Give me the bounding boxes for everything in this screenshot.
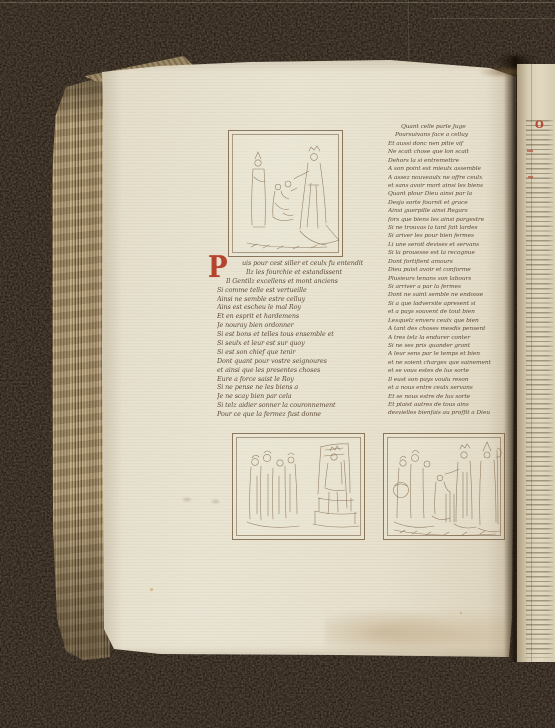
text-line: Si telz aidier sonner la couronnement <box>217 401 367 410</box>
text-line: Li une seroit devises et servans <box>388 241 494 249</box>
water-stain <box>325 598 515 660</box>
right-text-column: Quant celle parle JugePoursuivans face a… <box>388 123 494 420</box>
text-line: A leur sens par le temps et bien <box>388 350 494 358</box>
text-line: et a nous entre ceulx servans <box>388 384 494 392</box>
text-line: A son point est mieulx assemble <box>388 165 494 173</box>
text-line: Si ne ses pris quander grant <box>388 342 494 350</box>
rubric-mark <box>528 176 533 178</box>
text-line: Si comme telle est vertueille <box>217 286 367 295</box>
scanner-line-vertical <box>408 0 409 60</box>
text-line: Desja sorte fournit et grace <box>388 199 494 207</box>
text-line: Pour ce que la fermez fust donne <box>217 410 367 419</box>
fore-edge-leaf-stack <box>52 72 110 660</box>
leaf-stack-shading <box>52 72 110 660</box>
text-line: et ainsi que les presentes choses <box>217 366 367 375</box>
text-line: desvielles bienfais au proffit a Dieu <box>388 409 494 417</box>
text-line: Ne scait chose que lon scait <box>388 148 494 156</box>
left-text-column: uis pour cest siller et ceulx fu entendi… <box>217 259 367 421</box>
text-line: Je ne scay bien par cela <box>217 392 367 401</box>
text-line: Eure a force saist le Roy <box>217 375 367 384</box>
miniature-top-sketch <box>233 135 340 254</box>
text-line: Si est son chief que tenir <box>217 348 367 357</box>
text-line: Et en esprit et hardemens <box>217 312 367 321</box>
text-line: Si ariver les pour bien fermes <box>388 232 494 240</box>
text-line: Lesquelz envers ceulx que bien <box>388 317 494 325</box>
text-line: Si seulx et leur est sur quoy <box>217 339 367 348</box>
text-line: et sans avoir mort ainsi les biens <box>388 182 494 190</box>
facing-page-sliver: O <box>517 64 555 662</box>
text-line: Si ne trouvas la tant fait lardes <box>388 224 494 232</box>
text-line: Dont quant pour vostre seignoures <box>217 357 367 366</box>
text-line: Dont ne saint semble ne endosse <box>388 291 494 299</box>
rubric-mark <box>527 150 533 152</box>
scanner-line-top <box>0 2 555 3</box>
text-line: A tres telz la endurer conter <box>388 334 494 342</box>
text-line: Dieu puist avoir et conforme <box>388 266 494 274</box>
text-line: Si a que ladversite apresent si <box>388 300 494 308</box>
text-line: Dont fortifient amours <box>388 258 494 266</box>
text-line: Ains est escheu le mal Roy <box>217 303 367 312</box>
text-line: A tant des choses mesdis pensent <box>388 325 494 333</box>
text-line: Ainsi guerpille ainsi Regars <box>388 207 494 215</box>
text-line: Si est bons et telles tous ensemble et <box>217 330 367 339</box>
text-line: et se vous estes de lus sorte <box>388 367 494 375</box>
parchment-speck <box>460 612 462 614</box>
text-line: uis pour cest siller et ceulx fu entendi… <box>242 259 367 268</box>
text-line: et a pays souvent de tout bien <box>388 308 494 316</box>
miniature-bottom-right <box>383 433 505 540</box>
miniature-bottom-right-sketch <box>388 438 502 537</box>
text-line: fors que biens les ainsi pargestre <box>388 216 494 224</box>
verso-page: P uis pour cest siller et ceulx fu enten… <box>100 58 516 662</box>
text-line: Poursuivans face a celluy <box>395 131 494 139</box>
text-line: Quant plour Dieu ainsi par la <box>388 190 494 198</box>
text-line: Dehors la si entremettre <box>388 157 494 165</box>
margin-smudge <box>212 500 219 503</box>
text-line: Il Gentilz excellens et mont anciens <box>226 277 367 286</box>
text-line: et ne soient charges que sainement <box>388 359 494 367</box>
text-line: Si la prouesse est la recognue <box>388 249 494 257</box>
text-line: Je nouray bien ordonner <box>217 321 367 330</box>
text-line: Ainsi ne semble estre celluy <box>217 295 367 304</box>
text-line: Et plaist autres de tous ains <box>388 401 494 409</box>
text-line: Et se nous estre de lus sorte <box>388 393 494 401</box>
initial-o: O <box>535 121 544 131</box>
text-line: Plusieurs tenans son labours <box>388 275 494 283</box>
scanner-line-right <box>430 18 555 19</box>
text-line: Si arriver a par la fermes <box>388 283 494 291</box>
text-line: Si ne pense ne les biens a <box>217 383 367 392</box>
text-line: Et aussi donc nen pitie vif <box>388 140 494 148</box>
miniature-bottom-left-sketch <box>237 438 362 537</box>
miniature-bottom-left <box>232 433 365 540</box>
miniature-top <box>228 130 343 257</box>
margin-smudge <box>183 498 191 501</box>
text-line: A assez nouveaulx ne offre ceulx <box>388 174 494 182</box>
text-line: Il eust son pays voulu reson <box>388 376 494 384</box>
recto-text-lines <box>526 120 553 658</box>
manuscript-photo: P uis pour cest siller et ceulx fu enten… <box>0 0 555 728</box>
text-line: Ilz les fourchie et estandissent <box>246 268 367 277</box>
parchment-speck <box>150 588 153 591</box>
text-line: Quant celle parle Juge <box>401 123 494 131</box>
